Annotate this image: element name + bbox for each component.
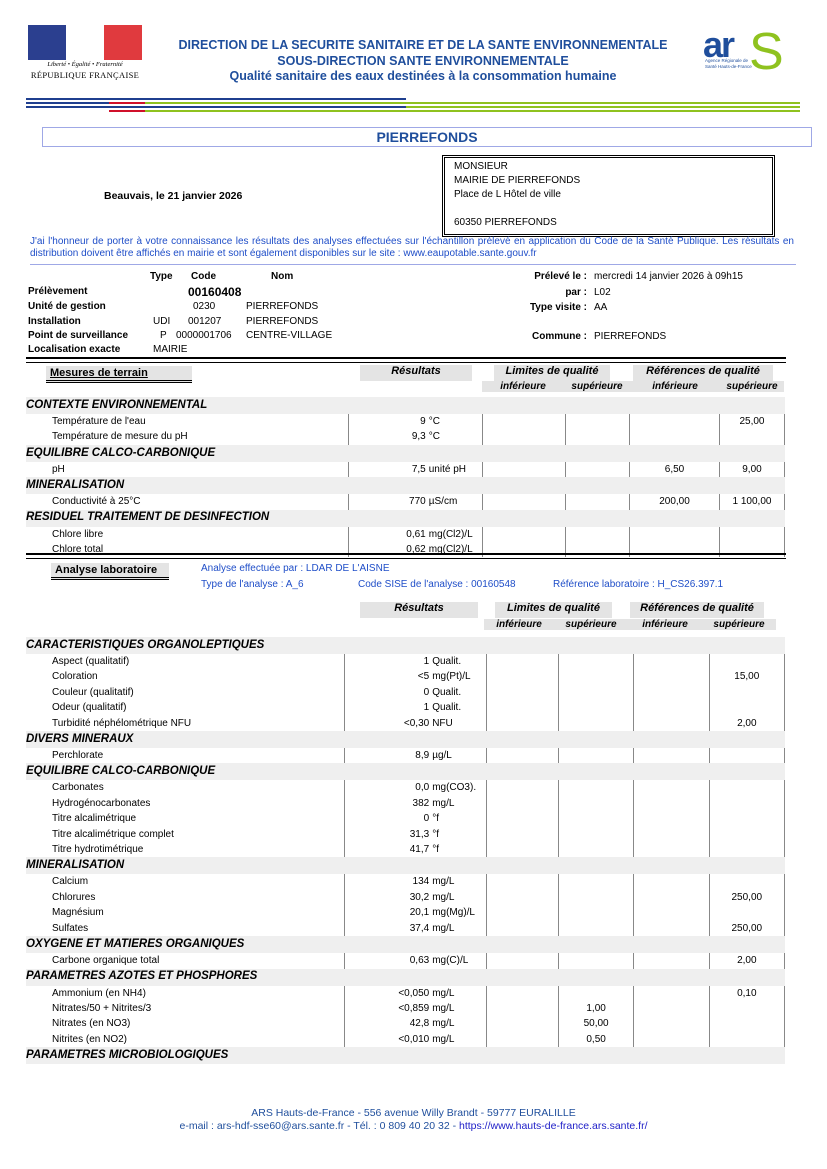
group-title: OXYGENE ET MATIERES ORGANIQUES <box>26 936 785 953</box>
limit-superior <box>558 748 633 763</box>
parameter-name: Couleur (qualitatif) <box>26 685 345 700</box>
reference-superior <box>709 654 784 669</box>
reference-superior <box>709 811 784 826</box>
table-row: Hydrogénocarbonates382mg/L <box>26 796 785 811</box>
limit-inferior <box>483 494 566 509</box>
group-title: DIVERS MINERAUX <box>26 731 785 748</box>
result-value: 1 <box>345 700 433 715</box>
marianne-flag-icon <box>28 25 142 60</box>
limit-inferior <box>486 716 558 731</box>
reference-inferior: 200,00 <box>630 494 720 509</box>
result-value: 30,2 <box>345 890 433 905</box>
meta-unite-nom: PIERREFONDS <box>246 301 318 312</box>
meta-label-point: Point de surveillance <box>28 330 128 341</box>
limit-superior <box>558 685 633 700</box>
limit-superior <box>558 716 633 731</box>
ars-logo: ar S Agence Régionale de Santé Hauts-de-… <box>703 30 793 82</box>
table-row: Calcium134mg/L <box>26 874 785 889</box>
limit-superior: 0,50 <box>558 1032 633 1047</box>
limit-superior <box>558 986 633 1001</box>
ars-logo-s: S <box>749 22 784 82</box>
col-lim-inf: inférieure <box>482 381 564 392</box>
ars-logo-subtitle: Agence Régionale de Santé Hauts-de-Franc… <box>705 58 755 70</box>
limit-superior <box>566 429 630 444</box>
address-line <box>454 202 772 216</box>
result-value: 1 <box>345 654 433 669</box>
result-value: <0,859 <box>345 1001 433 1016</box>
table-row: Titre alcalimétrique complet31,3°f <box>26 827 785 842</box>
col-ref-inf: inférieure <box>630 381 720 392</box>
group-row: OXYGENE ET MATIERES ORGANIQUES <box>26 936 785 953</box>
reference-superior <box>719 527 784 542</box>
result-unit: °f <box>432 827 486 842</box>
result-unit: °f <box>432 811 486 826</box>
group-row: EQUILIBRE CALCO-CARBONIQUE <box>26 445 785 462</box>
col-lim-sup: supérieure <box>554 619 628 630</box>
table-row: Perchlorate8,9µg/L <box>26 748 785 763</box>
reference-inferior <box>634 700 709 715</box>
limit-superior <box>558 654 633 669</box>
parameter-name: Carbone organique total <box>26 953 345 968</box>
table-row: Conductivité à 25°C770µS/cm200,001 100,0… <box>26 494 785 509</box>
table-row: Coloration<5mg(Pt)/L15,00 <box>26 669 785 684</box>
section-labo-title: Analyse laboratoire <box>51 563 169 580</box>
reference-inferior <box>634 1032 709 1047</box>
meta-label-preleve-le: Prélevé le : <box>480 271 587 282</box>
result-unit: µg/L <box>432 748 486 763</box>
reference-superior <box>709 842 784 857</box>
table-row: Aspect (qualitatif)1Qualit. <box>26 654 785 669</box>
labo-results-table: CARACTERISTIQUES ORGANOLEPTIQUESAspect (… <box>26 637 785 1064</box>
meta-point-type: P <box>160 330 167 341</box>
result-unit: µS/cm <box>429 494 483 509</box>
result-value: 382 <box>345 796 433 811</box>
result-unit: mg/L <box>432 921 486 936</box>
col-limites: Limites de qualité <box>495 602 612 618</box>
col-references: Références de qualité <box>633 365 773 381</box>
republique-francaise-logo: Liberté • Égalité • Fraternité RÉPUBLIQU… <box>28 25 142 81</box>
parameter-name: Odeur (qualitatif) <box>26 700 345 715</box>
group-title: MINERALISATION <box>26 477 785 494</box>
divider <box>26 553 786 559</box>
reference-superior: 15,00 <box>709 669 784 684</box>
limit-superior <box>566 414 630 429</box>
meta-point-nom: CENTRE-VILLAGE <box>246 330 332 341</box>
reference-superior <box>709 748 784 763</box>
labo-reference: Référence laboratoire : H_CS26.397.1 <box>553 579 723 590</box>
group-row: PARAMETRES AZOTES ET PHOSPHORES <box>26 969 785 986</box>
limit-inferior <box>486 1032 558 1047</box>
recipient-address: MONSIEUR MAIRIE DE PIERREFONDS Place de … <box>442 155 775 237</box>
group-title: CONTEXTE ENVIRONNEMENTAL <box>26 397 785 414</box>
meta-col-code: Code <box>191 271 216 282</box>
group-row: CARACTERISTIQUES ORGANOLEPTIQUES <box>26 637 785 654</box>
table-row: pH7,5unité pH6,509,00 <box>26 462 785 477</box>
limit-superior <box>558 905 633 920</box>
parameter-name: Nitrates (en NO3) <box>26 1016 345 1031</box>
reference-inferior <box>634 842 709 857</box>
address-line: MONSIEUR <box>454 160 772 174</box>
limit-inferior <box>486 953 558 968</box>
result-value: 41,7 <box>345 842 433 857</box>
reference-inferior <box>634 811 709 826</box>
parameter-name: Conductivité à 25°C <box>26 494 349 509</box>
limit-superior <box>558 953 633 968</box>
reference-superior: 250,00 <box>709 921 784 936</box>
terrain-results-table: CONTEXTE ENVIRONNEMENTALTempérature de l… <box>26 397 785 557</box>
col-resultats: Résultats <box>360 365 472 381</box>
table-row: Chlore libre0,61mg(Cl2)/L <box>26 527 785 542</box>
table-row: Magnésium20,1mg(Mg)/L <box>26 905 785 920</box>
reference-inferior <box>634 716 709 731</box>
result-unit: mg(Pt)/L <box>432 669 486 684</box>
result-unit: mg/L <box>432 1032 486 1047</box>
header-line-1: DIRECTION DE LA SECURITE SANITAIRE ET DE… <box>148 38 698 52</box>
reference-inferior <box>634 685 709 700</box>
reference-inferior <box>634 986 709 1001</box>
reference-inferior <box>634 827 709 842</box>
group-row: EQUILIBRE CALCO-CARBONIQUE <box>26 763 785 780</box>
limit-superior <box>558 811 633 826</box>
result-value: 0 <box>345 685 433 700</box>
footer-contact-text: e-mail : ars-hdf-sse60@ars.sante.fr - Té… <box>179 1120 459 1132</box>
reference-superior <box>709 685 784 700</box>
reference-inferior <box>634 1001 709 1016</box>
group-title: CARACTERISTIQUES ORGANOLEPTIQUES <box>26 637 785 654</box>
col-ref-inf: inférieure <box>628 619 702 630</box>
intro-paragraph: J'ai l'honneur de porter à votre connais… <box>30 236 794 260</box>
result-value: 8,9 <box>345 748 433 763</box>
result-unit: mg/L <box>432 1016 486 1031</box>
commune-title: PIERREFONDS <box>42 127 812 147</box>
divider <box>26 357 786 363</box>
parameter-name: Titre hydrotimétrique <box>26 842 345 857</box>
group-row: RESIDUEL TRAITEMENT DE DESINFECTION <box>26 510 785 527</box>
result-value: 31,3 <box>345 827 433 842</box>
address-line: Place de L Hôtel de ville <box>454 188 772 202</box>
header-stripes <box>26 98 800 110</box>
meta-label-par: par : <box>480 287 587 298</box>
meta-label-commune: Commune : <box>480 331 587 342</box>
meta-localisation-value: MAIRIE <box>153 344 187 355</box>
reference-superior: 25,00 <box>719 414 784 429</box>
labo-sise: Code SISE de l'analyse : 00160548 <box>358 579 516 590</box>
result-unit: mg/L <box>432 890 486 905</box>
reference-inferior <box>634 748 709 763</box>
limit-superior <box>558 669 633 684</box>
result-value: <0,30 <box>345 716 433 731</box>
result-value: 0,63 <box>345 953 433 968</box>
group-row: CONTEXTE ENVIRONNEMENTAL <box>26 397 785 414</box>
parameter-name: Sulfates <box>26 921 345 936</box>
result-unit: mg(Mg)/L <box>432 905 486 920</box>
table-row: Nitrates (en NO3)42,8mg/L50,00 <box>26 1016 785 1031</box>
parameter-name: Chlorures <box>26 890 345 905</box>
reference-superior <box>709 874 784 889</box>
rf-name: RÉPUBLIQUE FRANÇAISE <box>28 70 142 80</box>
reference-superior <box>709 1016 784 1031</box>
result-unit: mg(Cl2)/L <box>429 527 483 542</box>
labo-performed-by: Analyse effectuée par : LDAR DE L'AISNE <box>201 563 390 574</box>
limit-superior: 50,00 <box>558 1016 633 1031</box>
reference-superior <box>709 700 784 715</box>
parameter-name: Aspect (qualitatif) <box>26 654 345 669</box>
reference-superior: 0,10 <box>709 986 784 1001</box>
parameter-name: Magnésium <box>26 905 345 920</box>
limit-superior <box>558 827 633 842</box>
limit-inferior <box>486 1001 558 1016</box>
group-title: PARAMETRES AZOTES ET PHOSPHORES <box>26 969 785 986</box>
table-row: Couleur (qualitatif)0Qualit. <box>26 685 785 700</box>
meta-unite-code: 0230 <box>193 301 215 312</box>
reference-inferior <box>634 1016 709 1031</box>
limit-inferior <box>483 527 566 542</box>
limit-superior <box>566 527 630 542</box>
reference-inferior <box>634 796 709 811</box>
limit-superior <box>558 700 633 715</box>
table-row: Carbone organique total0,63mg(C)/L2,00 <box>26 953 785 968</box>
table-row: Odeur (qualitatif)1Qualit. <box>26 700 785 715</box>
result-value: 7,5 <box>349 462 429 477</box>
result-unit: °C <box>429 429 483 444</box>
limit-inferior <box>483 414 566 429</box>
result-value: 37,4 <box>345 921 433 936</box>
limit-inferior <box>486 842 558 857</box>
meta-label-type-visite: Type visite : <box>480 302 587 313</box>
group-title: EQUILIBRE CALCO-CARBONIQUE <box>26 445 785 462</box>
group-row: MINERALISATION <box>26 857 785 874</box>
limit-inferior <box>486 921 558 936</box>
group-row: PARAMETRES MICROBIOLOGIQUES <box>26 1047 785 1064</box>
reference-superior <box>709 780 784 795</box>
limit-inferior <box>486 874 558 889</box>
parameter-name: Titre alcalimétrique complet <box>26 827 345 842</box>
col-lim-inf: inférieure <box>484 619 554 630</box>
col-ref-sup: supérieure <box>702 619 776 630</box>
limit-superior <box>558 780 633 795</box>
reference-inferior <box>634 890 709 905</box>
limit-inferior <box>486 986 558 1001</box>
result-unit: Qualit. <box>432 700 486 715</box>
meta-preleve-le-value: mercredi 14 janvier 2026 à 09h15 <box>594 271 743 282</box>
section-terrain-title: Mesures de terrain <box>46 366 192 383</box>
meta-point-code: 0000001706 <box>176 330 232 341</box>
divider <box>30 264 796 265</box>
footer-website-link[interactable]: https://www.hauts-de-france.ars.sante.fr… <box>459 1120 648 1132</box>
result-value: 0,61 <box>349 527 429 542</box>
limit-superior <box>558 842 633 857</box>
reference-superior <box>709 1032 784 1047</box>
footer-contact: e-mail : ars-hdf-sse60@ars.sante.fr - Té… <box>0 1120 827 1132</box>
reference-superior <box>709 1001 784 1016</box>
limit-inferior <box>486 905 558 920</box>
reference-superior <box>709 827 784 842</box>
col-ref-sup: supérieure <box>720 381 784 392</box>
result-value: 42,8 <box>345 1016 433 1031</box>
reference-superior: 2,00 <box>709 716 784 731</box>
parameter-name: Température de l'eau <box>26 414 349 429</box>
col-resultats: Résultats <box>360 602 478 618</box>
rf-motto: Liberté • Égalité • Fraternité <box>28 61 142 68</box>
result-unit: Qualit. <box>432 685 486 700</box>
parameter-name: Ammonium (en NH4) <box>26 986 345 1001</box>
result-unit: mg/L <box>432 1001 486 1016</box>
result-value: <0,050 <box>345 986 433 1001</box>
reference-superior: 1 100,00 <box>719 494 784 509</box>
result-value: <5 <box>345 669 433 684</box>
result-value: 9,3 <box>349 429 429 444</box>
result-unit: mg/L <box>432 874 486 889</box>
col-references: Références de qualité <box>630 602 764 618</box>
reference-superior <box>709 796 784 811</box>
reference-superior <box>719 429 784 444</box>
table-row: Titre hydrotimétrique41,7°f <box>26 842 785 857</box>
table-row: Ammonium (en NH4)<0,050mg/L0,10 <box>26 986 785 1001</box>
meta-installation-nom: PIERREFONDS <box>246 316 318 327</box>
parameter-name: Nitrites (en NO2) <box>26 1032 345 1047</box>
address-line: 60350 PIERREFONDS <box>454 216 772 230</box>
parameter-name: Hydrogénocarbonates <box>26 796 345 811</box>
group-title: PARAMETRES MICROBIOLOGIQUES <box>26 1047 785 1064</box>
reference-inferior: 6,50 <box>630 462 720 477</box>
reference-inferior <box>634 780 709 795</box>
result-unit: °C <box>429 414 483 429</box>
address-line: MAIRIE DE PIERREFONDS <box>454 174 772 188</box>
parameter-name: pH <box>26 462 349 477</box>
reference-inferior <box>634 905 709 920</box>
limit-inferior <box>486 780 558 795</box>
limit-superior <box>558 890 633 905</box>
result-value: 0,0 <box>345 780 433 795</box>
section-terrain-label: Mesures de terrain <box>50 367 148 379</box>
table-row: Sulfates37,4mg/L250,00 <box>26 921 785 936</box>
parameter-name: Turbidité néphélométrique NFU <box>26 716 345 731</box>
col-lim-sup: supérieure <box>564 381 630 392</box>
reference-inferior <box>630 429 720 444</box>
meta-col-nom: Nom <box>271 271 293 282</box>
limit-superior: 1,00 <box>558 1001 633 1016</box>
group-title: EQUILIBRE CALCO-CARBONIQUE <box>26 763 785 780</box>
reference-superior: 2,00 <box>709 953 784 968</box>
meta-type-visite-value: AA <box>594 302 607 313</box>
header-line-3: Qualité sanitaire des eaux destinées à l… <box>148 69 698 83</box>
header-line-2: SOUS-DIRECTION SANTE ENVIRONNEMENTALE <box>148 54 698 68</box>
reference-inferior <box>630 527 720 542</box>
limit-superior <box>558 796 633 811</box>
limit-inferior <box>486 685 558 700</box>
result-value: 0 <box>345 811 433 826</box>
limit-inferior <box>483 429 566 444</box>
meta-par-value: L02 <box>594 287 611 298</box>
reference-inferior <box>634 654 709 669</box>
parameter-name: Chlore libre <box>26 527 349 542</box>
limit-inferior <box>486 827 558 842</box>
parameter-name: Calcium <box>26 874 345 889</box>
result-unit: Qualit. <box>432 654 486 669</box>
parameter-name: Titre alcalimétrique <box>26 811 345 826</box>
limit-inferior <box>486 748 558 763</box>
result-value: 9 <box>349 414 429 429</box>
meta-label-localisation: Localisation exacte <box>28 344 120 355</box>
meta-installation-code: 001207 <box>188 316 221 327</box>
result-value: 770 <box>349 494 429 509</box>
result-value: <0,010 <box>345 1032 433 1047</box>
table-row: Carbonates0,0mg(CO3). <box>26 780 785 795</box>
meta-label-prelevement: Prélèvement <box>28 286 87 297</box>
result-unit: mg/L <box>432 796 486 811</box>
limit-inferior <box>486 700 558 715</box>
table-row: Chlorures30,2mg/L250,00 <box>26 890 785 905</box>
table-row: Nitrites (en NO2)<0,010mg/L0,50 <box>26 1032 785 1047</box>
reference-superior: 250,00 <box>709 890 784 905</box>
meta-label-unite: Unité de gestion <box>28 301 106 312</box>
parameter-name: Nitrates/50 + Nitrites/3 <box>26 1001 345 1016</box>
reference-inferior <box>634 953 709 968</box>
group-title: RESIDUEL TRAITEMENT DE DESINFECTION <box>26 510 785 527</box>
result-unit: mg(C)/L <box>432 953 486 968</box>
limit-inferior <box>486 811 558 826</box>
parameter-name: Coloration <box>26 669 345 684</box>
table-row: Nitrates/50 + Nitrites/3<0,859mg/L1,00 <box>26 1001 785 1016</box>
limit-inferior <box>486 890 558 905</box>
reference-inferior <box>634 874 709 889</box>
limit-inferior <box>486 796 558 811</box>
meta-col-type: Type <box>150 271 173 282</box>
result-unit: mg/L <box>432 986 486 1001</box>
table-row: Température de l'eau9°C25,00 <box>26 414 785 429</box>
result-value: 20,1 <box>345 905 433 920</box>
limit-superior <box>566 462 630 477</box>
group-row: MINERALISATION <box>26 477 785 494</box>
limit-inferior <box>486 654 558 669</box>
meta-commune-value: PIERREFONDS <box>594 331 666 342</box>
limit-inferior <box>486 1016 558 1031</box>
table-row: Turbidité néphélométrique NFU<0,30NFU2,0… <box>26 716 785 731</box>
limit-superior <box>558 874 633 889</box>
limit-inferior <box>486 669 558 684</box>
parameter-name: Carbonates <box>26 780 345 795</box>
table-row: Température de mesure du pH9,3°C <box>26 429 785 444</box>
reference-superior <box>709 905 784 920</box>
letter-date: Beauvais, le 21 janvier 2026 <box>104 190 242 202</box>
reference-inferior <box>634 669 709 684</box>
reference-inferior <box>634 921 709 936</box>
meta-installation-type: UDI <box>153 316 170 327</box>
meta-prelevement-code: 00160408 <box>188 285 241 299</box>
labo-type: Type de l'analyse : A_6 <box>201 579 304 590</box>
table-row: Titre alcalimétrique0°f <box>26 811 785 826</box>
result-unit: unité pH <box>429 462 483 477</box>
col-limites: Limites de qualité <box>494 365 610 381</box>
result-unit: mg(CO3). <box>432 780 486 795</box>
limit-superior <box>566 494 630 509</box>
limit-inferior <box>483 462 566 477</box>
result-unit: °f <box>432 842 486 857</box>
meta-label-installation: Installation <box>28 316 81 327</box>
parameter-name: Perchlorate <box>26 748 345 763</box>
group-title: MINERALISATION <box>26 857 785 874</box>
group-row: DIVERS MINERAUX <box>26 731 785 748</box>
parameter-name: Température de mesure du pH <box>26 429 349 444</box>
reference-superior: 9,00 <box>719 462 784 477</box>
footer-address: ARS Hauts-de-France - 556 avenue Willy B… <box>0 1107 827 1119</box>
reference-inferior <box>630 414 720 429</box>
limit-superior <box>558 921 633 936</box>
result-unit: NFU <box>432 716 486 731</box>
result-value: 134 <box>345 874 433 889</box>
